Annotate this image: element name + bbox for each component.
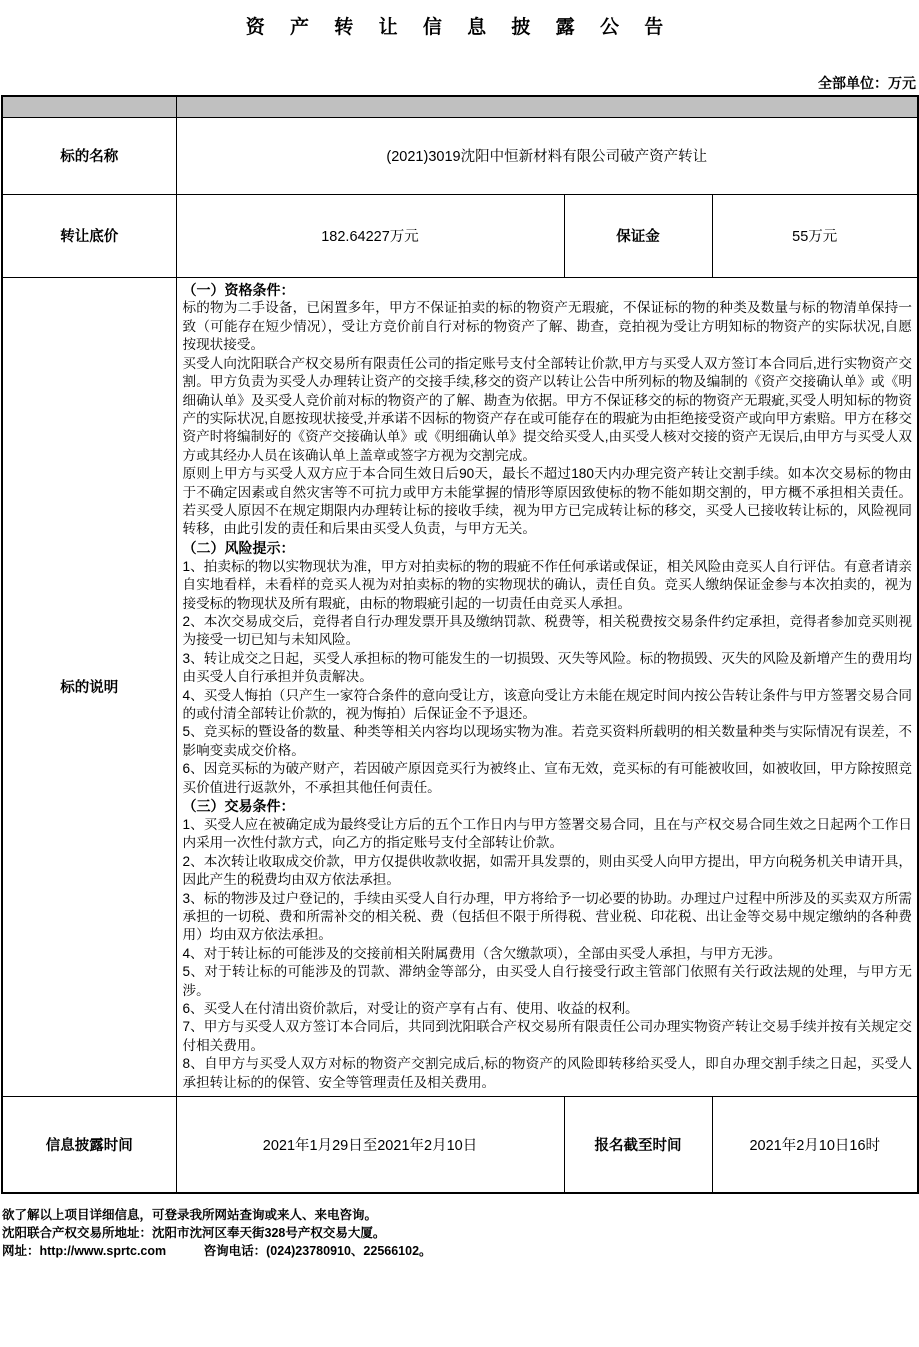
announcement-table: 标的名称 (2021)3019沈阳中恒新材料有限公司破产资产转让 转让底价 18…: [1, 95, 919, 1194]
description-label: 标的说明: [2, 277, 176, 1097]
subject-name-label: 标的名称: [2, 117, 176, 194]
base-price-value: 182.64227万元: [176, 194, 564, 277]
section-paragraph: 标的物为二手设备，已闲置多年，甲方不保证拍卖的标的物资产无瑕疵，不保证标的物的种…: [183, 299, 913, 354]
deposit-label: 保证金: [564, 194, 712, 277]
disclosure-time-label: 信息披露时间: [2, 1097, 176, 1193]
disclosure-time-row: 信息披露时间 2021年1月29日至2021年2月10日 报名截至时间 2021…: [2, 1097, 918, 1193]
section-paragraph: 原则上甲方与买受人双方应于本合同生效日后90天，最长不超过180天内办理完资产转…: [183, 465, 913, 539]
section-paragraph: 5、竞买标的暨设备的数量、种类等相关内容均以现场实物为准。若竞买资料所载明的相关…: [183, 723, 913, 760]
section-paragraph: 6、买受人在付清出资价款后，对受让的资产享有占有、使用、收益的权利。: [183, 1000, 913, 1018]
section-heading: （二）风险提示：: [183, 539, 913, 558]
page-title: 资 产 转 让 信 息 披 露 公 告: [0, 12, 919, 39]
base-price-label: 转让底价: [2, 194, 176, 277]
section-paragraph: 1、买受人应在被确定成为最终受让方后的五个工作日内与甲方签署交易合同，且在与产权…: [183, 816, 913, 853]
footer-line: 网址：http://www.sprtc.com 咨询电话：(024)237809…: [2, 1242, 919, 1260]
description-row: 标的说明 （一）资格条件：标的物为二手设备，已闲置多年，甲方不保证拍卖的标的物资…: [2, 277, 918, 1097]
section-paragraph: 买受人向沈阳联合产权交易所有限责任公司的指定账号支付全部转让价款,甲方与买受人双…: [183, 355, 913, 465]
header-cell-right: [176, 96, 918, 117]
registration-deadline-value: 2021年2月10日16时: [712, 1097, 918, 1193]
description-sections: （一）资格条件：标的物为二手设备，已闲置多年，甲方不保证拍卖的标的物资产无瑕疵，…: [176, 277, 918, 1097]
section-paragraph: 4、买受人悔拍（只产生一家符合条件的意向受让方，该意向受让方未能在规定时间内按公…: [183, 687, 913, 724]
section-paragraph: 3、标的物涉及过户登记的，手续由买受人自行办理，甲方将给予一切必要的协助。办理过…: [183, 890, 913, 945]
footer-line: 欲了解以上项目详细信息，可登录我所网站查询或来人、来电咨询。: [2, 1206, 919, 1224]
section-heading: （三）交易条件：: [183, 797, 913, 816]
section-heading: （一）资格条件：: [183, 281, 913, 300]
section-paragraph: 6、因竞买标的为破产财产，若因破产原因竞买行为被终止、宣布无效，竞买标的有可能被…: [183, 760, 913, 797]
footer-notes: 欲了解以上项目详细信息，可登录我所网站查询或来人、来电咨询。沈阳联合产权交易所地…: [2, 1206, 919, 1260]
section-paragraph: 7、甲方与买受人双方签订本合同后，共同到沈阳联合产权交易所有限责任公司办理实物资…: [183, 1018, 913, 1055]
announcement-document: 资 产 转 让 信 息 披 露 公 告 全部单位：万元 标的名称 (2021)3…: [0, 0, 919, 1260]
table-header-row: [2, 96, 918, 117]
disclosure-time-value: 2021年1月29日至2021年2月10日: [176, 1097, 564, 1193]
section-paragraph: 1、拍卖标的物以实物现状为准，甲方对拍卖标的物的瑕疵不作任何承诺或保证，相关风险…: [183, 558, 913, 613]
section-paragraph: 3、转让成交之日起，买受人承担标的物可能发生的一切损毁、灭失等风险。标的物损毁、…: [183, 650, 913, 687]
section-paragraph: 5、对于转让标的可能涉及的罚款、滞纳金等部分，由买受人自行接受行政主管部门依照有…: [183, 963, 913, 1000]
section-paragraph: 2、本次转让收取成交价款，甲方仅提供收款收据，如需开具发票的，则由买受人向甲方提…: [183, 853, 913, 890]
section-paragraph: 4、对于转让标的可能涉及的交接前相关附属费用（含欠缴款项），全部由买受人承担，与…: [183, 945, 913, 963]
section-paragraph: 2、本次交易成交后，竞得者自行办理发票开具及缴纳罚款、税费等，相关税费按交易条件…: [183, 613, 913, 650]
unit-note: 全部单位：万元: [0, 73, 919, 93]
registration-deadline-label: 报名截至时间: [564, 1097, 712, 1193]
subject-name-row: 标的名称 (2021)3019沈阳中恒新材料有限公司破产资产转让: [2, 117, 918, 194]
section-paragraph: 8、自甲方与买受人双方对标的物资产交割完成后,标的物资产的风险即转移给买受人，即…: [183, 1055, 913, 1092]
subject-name-value: (2021)3019沈阳中恒新材料有限公司破产资产转让: [176, 117, 918, 194]
price-row: 转让底价 182.64227万元 保证金 55万元: [2, 194, 918, 277]
header-cell-left: [2, 96, 176, 117]
deposit-value: 55万元: [712, 194, 918, 277]
footer-line: 沈阳联合产权交易所地址：沈阳市沈河区奉天街328号产权交易大厦。: [2, 1224, 919, 1242]
